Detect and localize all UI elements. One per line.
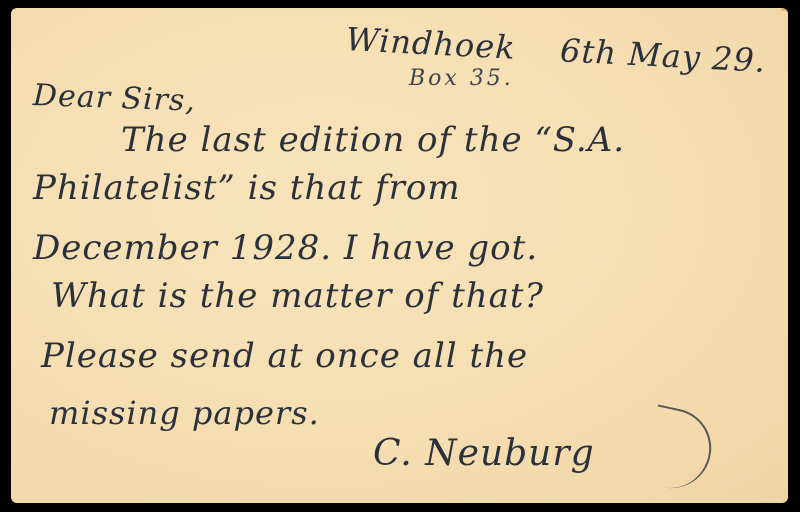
body-line-6: missing papers.	[49, 394, 320, 432]
salutation: Dear Sirs,	[32, 78, 196, 119]
heading-date: 6th May 29.	[559, 31, 767, 80]
body-line-5: Please send at once all the	[41, 336, 528, 376]
body-line-2: Philatelist” is that from	[33, 168, 461, 208]
postcard: Windhoek 6th May 29. Box 35. Dear Sirs, …	[11, 8, 788, 503]
body-line-4: What is the matter of that?	[51, 276, 544, 316]
body-line-3: December 1928. I have got.	[33, 228, 538, 268]
body-line-1: The last edition of the “S.A.	[121, 120, 625, 160]
signature-flourish	[641, 404, 718, 495]
heading-reference: Box 35.	[409, 66, 514, 91]
heading-place: Windhoek	[345, 20, 517, 67]
paper-stain	[781, 8, 788, 11]
signature: C. Neuburg	[373, 433, 595, 474]
